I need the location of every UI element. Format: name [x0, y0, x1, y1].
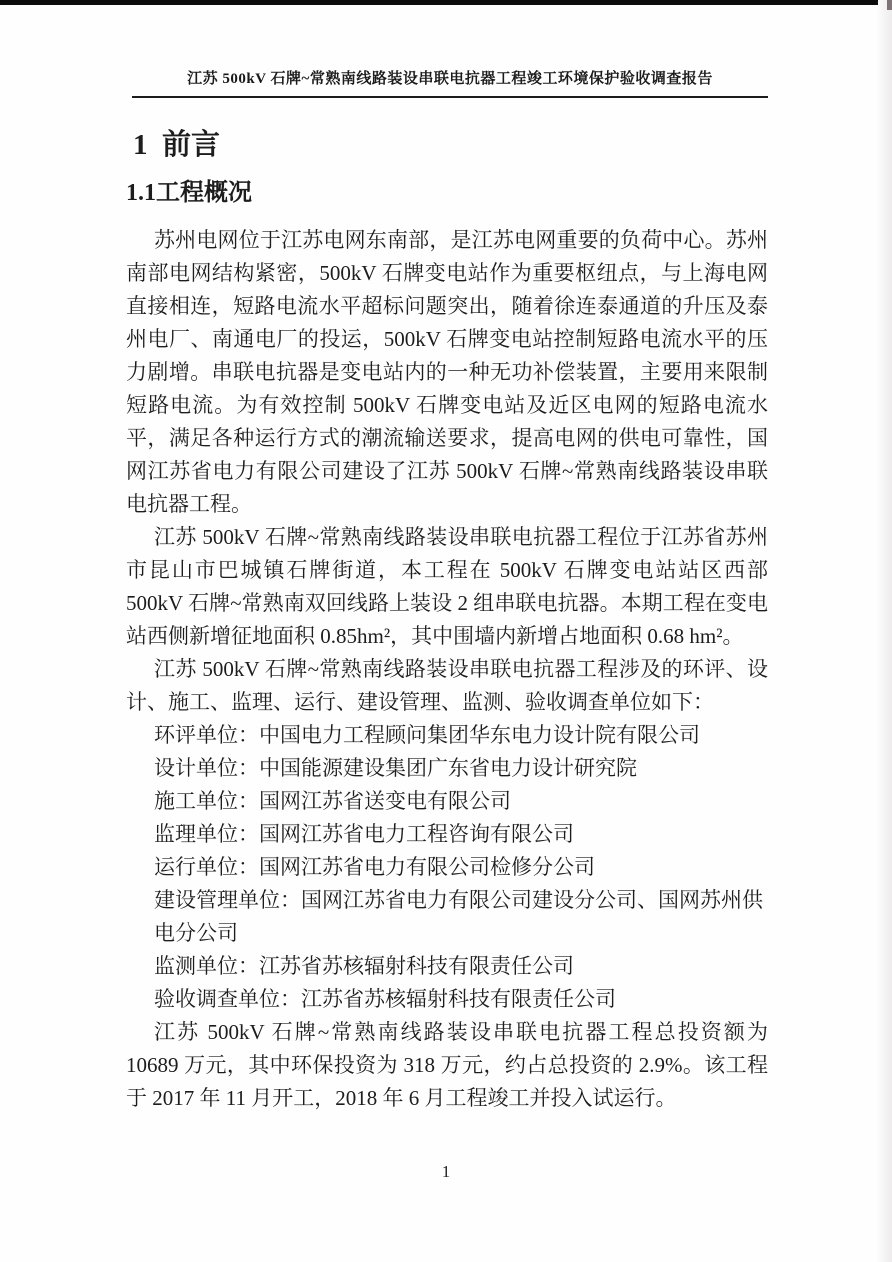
page-number: 1	[0, 1162, 892, 1182]
unit-line-design: 设计单位：中国能源建设集团广东省电力设计研究院	[126, 752, 768, 785]
paragraph-project-location: 江苏 500kV 石牌~常熟南线路装设串联电抗器工程位于江苏省苏州市昆山市巴城镇…	[126, 521, 768, 653]
unit-line-eia: 环评单位：中国电力工程顾问集团华东电力设计院有限公司	[126, 719, 768, 752]
paragraph-investment: 江苏 500kV 石牌~常熟南线路装设串联电抗器工程总投资额为 10689 万元…	[126, 1016, 768, 1115]
running-header-title: 江苏 500kV 石牌~常熟南线路装设串联电抗器工程竣工环境保护验收调查报告	[132, 67, 768, 88]
unit-line-supervision: 监理单位：国网江苏省电力工程咨询有限公司	[126, 818, 768, 851]
unit-line-monitoring: 监测单位：江苏省苏核辐射科技有限责任公司	[126, 950, 768, 983]
paragraph-units-intro: 江苏 500kV 石牌~常熟南线路装设串联电抗器工程涉及的环评、设计、施工、监理…	[126, 653, 768, 719]
section-heading: 1.1工程概况	[126, 178, 768, 208]
paragraph-project-background: 苏州电网位于江苏电网东南部，是江苏电网重要的负荷中心。苏州南部电网结构紧密，50…	[126, 224, 768, 521]
unit-line-construction-management: 建设管理单位：国网江苏省电力有限公司建设分公司、国网苏州供电分公司	[126, 884, 768, 950]
page-edge-shading	[876, 0, 892, 1262]
document-body: 1 前言 1.1工程概况 苏州电网位于江苏电网东南部，是江苏电网重要的负荷中心。…	[126, 128, 768, 1115]
unit-line-construction: 施工单位：国网江苏省送变电有限公司	[126, 785, 768, 818]
header-rule	[132, 96, 768, 98]
scan-corner-mark	[887, 0, 892, 10]
unit-line-operation: 运行单位：国网江苏省电力有限公司检修分公司	[126, 851, 768, 884]
scan-top-bar	[0, 0, 878, 5]
chapter-heading: 1 前言	[133, 128, 768, 162]
unit-line-acceptance-survey: 验收调查单位：江苏省苏核辐射科技有限责任公司	[126, 983, 768, 1016]
